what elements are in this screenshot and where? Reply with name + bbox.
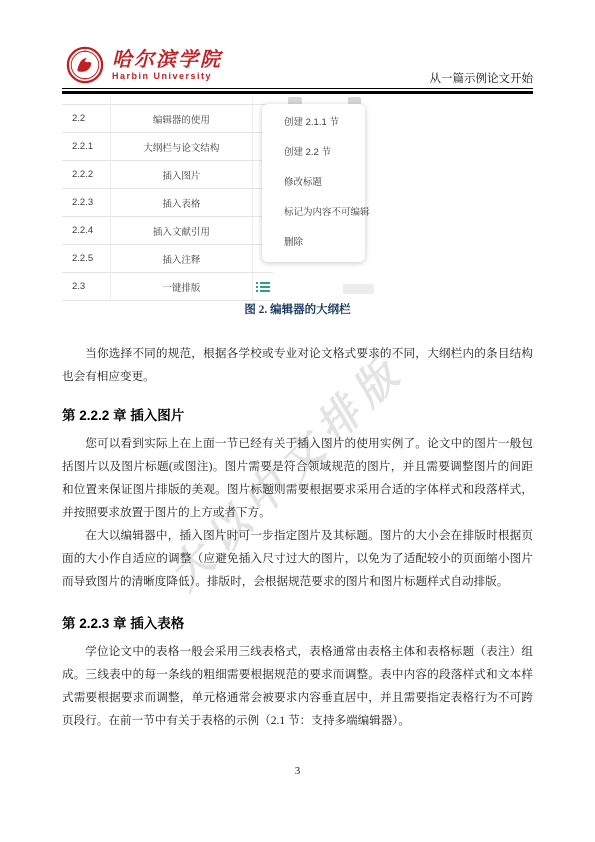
outline-section-number: 2.2.5 bbox=[62, 253, 110, 264]
logo-texts: 哈尔滨学院 Harbin University bbox=[112, 48, 222, 81]
outline-row-2-2-2[interactable]: 2.2.2 插入图片 bbox=[62, 161, 273, 189]
figure-editor-outline-screenshot: 2.2 编辑器的使用 2.2.1 大纲栏与论文结构 2.2.2 插入图片 2.2… bbox=[62, 97, 377, 295]
page-number: 3 bbox=[0, 765, 595, 777]
menu-item-delete[interactable]: 删除 bbox=[262, 228, 365, 258]
outline-row-2-2[interactable]: 2.2 编辑器的使用 bbox=[62, 105, 273, 133]
university-emblem-icon bbox=[66, 46, 104, 84]
outline-row-2-2-5[interactable]: 2.2.5 插入注释 bbox=[62, 245, 273, 273]
menu-item-rename[interactable]: 修改标题 bbox=[262, 168, 365, 198]
menu-item-create-2-2[interactable]: 创建 2.2 节 bbox=[262, 138, 365, 168]
outline-cell-title bbox=[110, 97, 254, 104]
document-page: 大以中文排版 哈尔滨学院 Harbin University 从一篇示例论文开始… bbox=[0, 0, 595, 842]
outline-section-number: 2.2.2 bbox=[62, 169, 110, 180]
outline-section-number: 2.2.1 bbox=[62, 141, 110, 152]
outline-row-2-3[interactable]: 2.3 一键排版 bbox=[62, 273, 273, 301]
outline-row-2-2-3[interactable]: 2.2.3 插入表格 bbox=[62, 189, 273, 217]
header-rule-thick bbox=[62, 91, 533, 94]
body-text: 当你选择不同的规范，根据各学校或专业对论文格式要求的不同，大纲栏内的条目结构也会… bbox=[62, 338, 533, 732]
outline-section-title: 插入表格 bbox=[110, 189, 254, 216]
university-name-cn: 哈尔滨学院 bbox=[112, 48, 222, 70]
outline-cell-icon bbox=[253, 281, 273, 293]
outline-context-menu: 创建 2.1.1 节 创建 2.2 节 修改标题 标记为内容不可编辑 删除 bbox=[262, 104, 365, 262]
outline-row-2-2-4[interactable]: 2.2.4 插入文献引用 bbox=[62, 217, 273, 245]
menu-item-mark-noneditable[interactable]: 标记为内容不可编辑 bbox=[262, 198, 365, 228]
outline-section-number: 2.2.4 bbox=[62, 225, 110, 236]
ui-fragment bbox=[348, 97, 361, 104]
section-heading-2-2-3: 第 2.2.3 章 插入表格 bbox=[62, 612, 533, 632]
figure-caption: 图 2. 编辑器的大纲栏 bbox=[62, 301, 533, 317]
outline-section-title: 编辑器的使用 bbox=[110, 105, 254, 132]
university-logo: 哈尔滨学院 Harbin University bbox=[66, 46, 222, 84]
running-header-title: 从一篇示例论文开始 bbox=[430, 70, 534, 86]
paragraph-insert-image-1: 您可以看到实际上在上面一节已经有关于插入图片的使用实例了。论文中的图片一般包括图… bbox=[62, 432, 533, 524]
outline-section-number: 2.2 bbox=[62, 113, 110, 124]
ui-fragment bbox=[288, 97, 302, 104]
header-rule-thin bbox=[62, 88, 533, 89]
paragraph-insert-image-2: 在大以编辑器中，插入图片时可一步指定图片及其标题。图片的大小会在排版时根据页面的… bbox=[62, 524, 533, 593]
outline-section-number: 2.2.3 bbox=[62, 197, 110, 208]
paragraph-insert-table: 学位论文中的表格一般会采用三线表格式，表格通常由表格主体和表格标题（表注）组成。… bbox=[62, 640, 533, 732]
list-icon[interactable] bbox=[256, 281, 270, 293]
outline-table: 2.2 编辑器的使用 2.2.1 大纲栏与论文结构 2.2.2 插入图片 2.2… bbox=[62, 97, 273, 301]
university-name-en: Harbin University bbox=[112, 71, 222, 81]
ui-fragment bbox=[343, 284, 374, 294]
section-heading-2-2-2: 第 2.2.2 章 插入图片 bbox=[62, 404, 533, 424]
outline-section-title: 大纲栏与论文结构 bbox=[110, 133, 254, 160]
paragraph-outline-variation: 当你选择不同的规范，根据各学校或专业对论文格式要求的不同，大纲栏内的条目结构也会… bbox=[62, 342, 533, 388]
outline-section-title: 插入图片 bbox=[110, 161, 254, 188]
outline-row-2-2-1[interactable]: 2.2.1 大纲栏与论文结构 bbox=[62, 133, 273, 161]
menu-item-create-2-1-1[interactable]: 创建 2.1.1 节 bbox=[262, 108, 365, 138]
outline-section-title: 插入文献引用 bbox=[110, 217, 254, 244]
outline-row-partial bbox=[62, 97, 273, 105]
outline-section-title: 插入注释 bbox=[110, 245, 254, 272]
outline-section-title: 一键排版 bbox=[110, 273, 254, 300]
outline-section-number: 2.3 bbox=[62, 281, 110, 292]
